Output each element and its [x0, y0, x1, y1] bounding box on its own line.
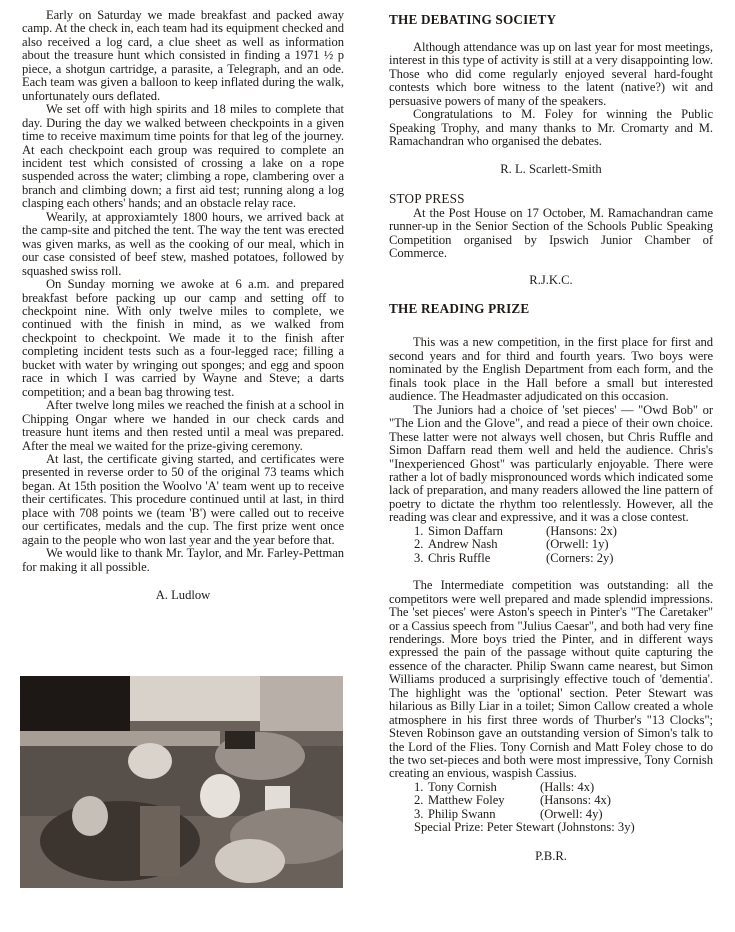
result-item: 1.Tony Cornish(Halls: 4x): [389, 781, 713, 794]
junior-results-list: 1.Simon Daffarn(Hansons: 2x) 2.Andrew Na…: [389, 525, 713, 565]
photo-image: [20, 676, 343, 888]
paragraph: On Sunday morning we awoke at 6 a.m. and…: [22, 278, 344, 399]
signature: R.J.K.C.: [389, 273, 713, 288]
paragraph: The Intermediate competition was outstan…: [389, 579, 713, 781]
result-item: 1.Simon Daffarn(Hansons: 2x): [389, 525, 713, 538]
reading-prize-heading: THE READING PRIZE: [389, 301, 713, 317]
intermediate-results-list: 1.Tony Cornish(Halls: 4x) 2.Matthew Fole…: [389, 781, 713, 835]
right-column: THE DEBATING SOCIETY Although attendance…: [389, 0, 713, 864]
paragraph: This was a new competition, in the first…: [389, 336, 713, 403]
signature: A. Ludlow: [22, 588, 344, 603]
paragraph: We set off with high spirits and 18 mile…: [22, 103, 344, 211]
stop-press-heading: STOP PRESS: [389, 191, 713, 207]
special-prize: Special Prize: Peter Stewart (Johnstons:…: [389, 821, 713, 834]
result-item: 2.Andrew Nash(Orwell: 1y): [389, 538, 713, 551]
signature: P.B.R.: [389, 849, 713, 864]
paragraph: The Juniors had a choice of 'set pieces'…: [389, 404, 713, 525]
result-item: 3.Chris Ruffle(Corners: 2y): [389, 552, 713, 565]
paragraph: At the Post House on 17 October, M. Rama…: [389, 207, 713, 261]
result-item: 2.Matthew Foley(Hansons: 4x): [389, 794, 713, 807]
paragraph: We would like to thank Mr. Taylor, and M…: [22, 547, 344, 574]
paragraph: Wearily, at approxiamtely 1800 hours, we…: [22, 211, 344, 278]
camping-photo: [20, 676, 343, 888]
left-column: Early on Saturday we made breakfast and …: [22, 0, 344, 603]
signature: R. L. Scarlett-Smith: [389, 162, 713, 177]
paragraph: At last, the certificate giving started,…: [22, 453, 344, 547]
debating-society-heading: THE DEBATING SOCIETY: [389, 12, 713, 28]
paragraph: Congratulations to M. Foley for winning …: [389, 108, 713, 148]
paragraph: Although attendance was up on last year …: [389, 41, 713, 108]
result-item: 3.Philip Swann(Orwell: 4y): [389, 808, 713, 821]
paragraph: Early on Saturday we made breakfast and …: [22, 9, 344, 103]
paragraph: After twelve long miles we reached the f…: [22, 399, 344, 453]
